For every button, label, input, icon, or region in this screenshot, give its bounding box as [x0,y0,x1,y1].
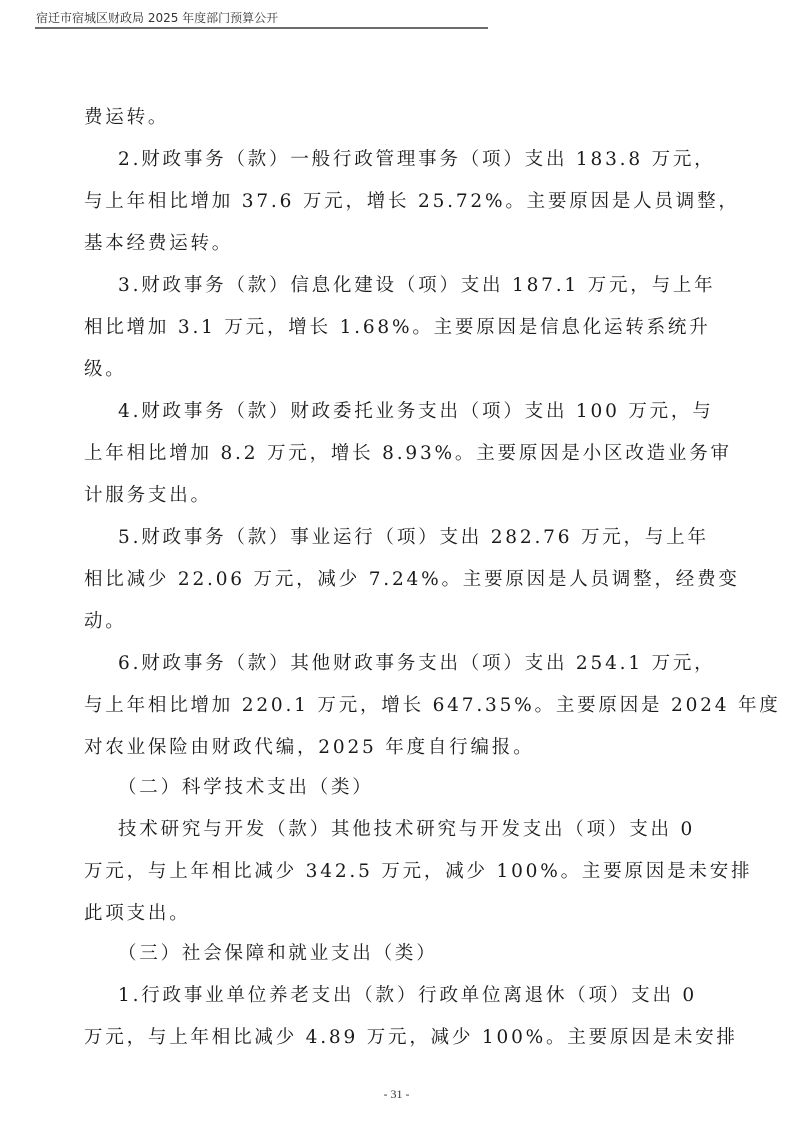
paragraph-line: 1.行政事业单位养老支出（款）行政单位离退休（项）支出 0 [118,983,697,1009]
paragraph-line: 相比减少 22.06 万元，减少 7.24%。主要原因是人员调整，经费变 [84,567,740,593]
page-number: - 31 - [0,1087,793,1102]
paragraph-line: 万元，与上年相比减少 342.5 万元，减少 100%。主要原因是未安排 [84,859,752,885]
paragraph-line: 计服务支出。 [84,483,212,509]
paragraph-line: 相比增加 3.1 万元，增长 1.68%。主要原因是信息化运转系统升 [84,315,711,341]
section-heading: （三）社会保障和就业支出（类） [118,941,438,967]
paragraph-line: 3.财政事务（款）信息化建设（项）支出 187.1 万元，与上年 [118,273,715,299]
paragraph-line: 与上年相比增加 37.6 万元，增长 25.72%。主要原因是人员调整， [84,189,740,215]
paragraph-line: 4.财政事务（款）财政委托业务支出（项）支出 100 万元，与 [118,399,714,425]
paragraph-line: 技术研究与开发（款）其他技术研究与开发支出（项）支出 0 [118,817,695,843]
paragraph-line: 万元，与上年相比减少 4.89 万元，减少 100%。主要原因是未安排 [84,1025,738,1051]
header-divider [35,27,488,29]
paragraph-line: 与上年相比增加 220.1 万元，增长 647.35%。主要原因是 2024 年… [84,693,781,719]
paragraph-line: 级。 [84,357,127,383]
paragraph-line: 对农业保险由财政代编，2025 年度自行编报。 [84,735,534,761]
paragraph-line: 费运转。 [84,105,169,131]
section-heading: （二）科学技术支出（类） [118,775,374,801]
running-header: 宿迁市宿城区财政局 2025 年度部门预算公开 [36,10,488,26]
paragraph-line: 5.财政事务（款）事业运行（项）支出 282.76 万元，与上年 [118,525,709,551]
paragraph-line: 上年相比增加 8.2 万元，增长 8.93%。主要原因是小区改造业务审 [84,441,732,467]
paragraph-line: 动。 [84,609,127,635]
paragraph-line: 基本经费运转。 [84,231,233,257]
paragraph-line: 6.财政事务（款）其他财政事务支出（项）支出 254.1 万元， [118,651,715,677]
paragraph-line: 2.财政事务（款）一般行政管理事务（项）支出 183.8 万元， [118,147,715,173]
paragraph-line: 此项支出。 [84,901,191,927]
